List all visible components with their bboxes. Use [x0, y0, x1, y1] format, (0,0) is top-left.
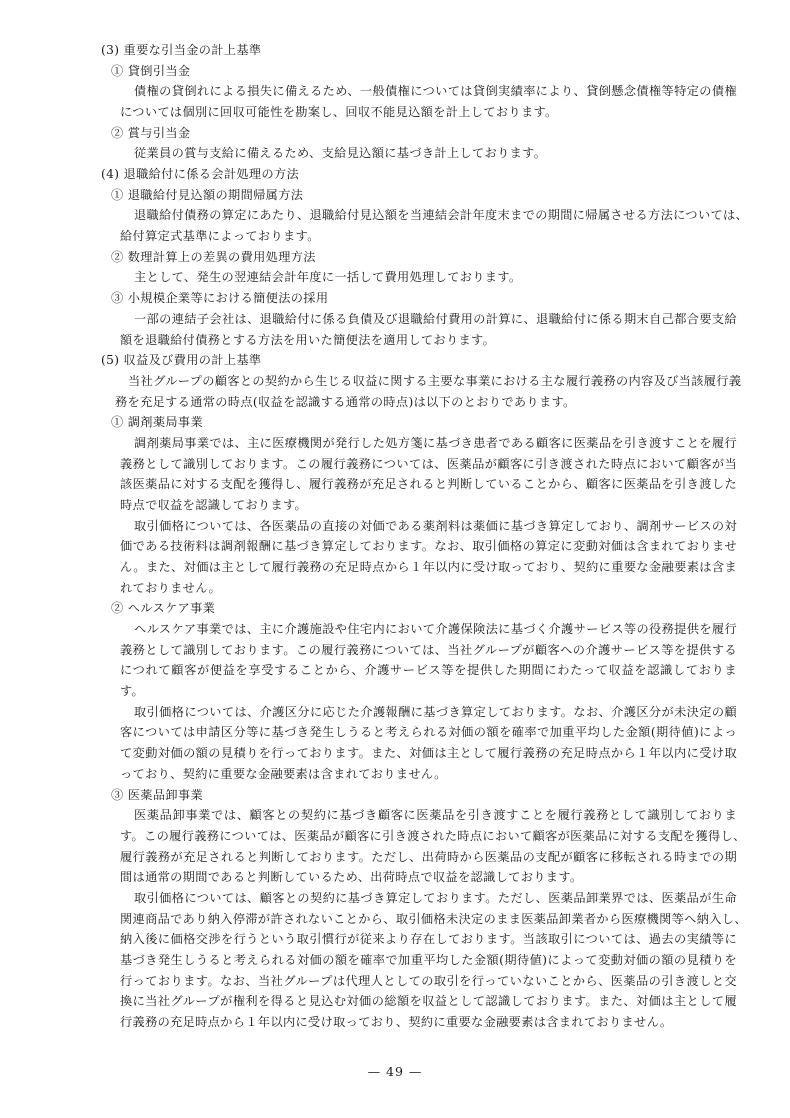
text-line: 関連商品であり納入停滞が許されないことから、取引価格未決定のまま医薬品卸業者から…	[120, 911, 737, 927]
text-line: 債権の貸倒れによる損失に備えるため、一般債権については貸倒実績率により、貸倒懸念…	[134, 83, 737, 99]
text-line: 一部の連結子会社は、退職給付に係る負債及び退職給付費用の計算に、退職給付に係る期…	[134, 311, 737, 327]
text-line: (4) 退職給付に係る会計処理の方法	[101, 166, 299, 182]
text-line: 義務として識別しております。この履行義務については、当社グループが顧客への介護サ…	[120, 642, 737, 658]
text-line: ② 賞与引当金	[111, 125, 190, 141]
text-line: 額を退職給付債務とする方法を用いた簡便法を適用しております。	[120, 332, 495, 348]
text-line: 価である技術料は調剤報酬に基づき算定しております。なお、取引価格の算定に変動対価…	[120, 538, 737, 554]
text-line: ② 数理計算上の差異の費用処理方法	[111, 249, 316, 265]
text-line: については個別に回収可能性を勘案し、回収不能見込額を計上しております。	[120, 104, 558, 120]
text-line: 取引価格については、介護区分に応じた介護報酬に基づき算定しております。なお、介護…	[134, 704, 737, 720]
text-line: 当社グループの顧客との契約から生じる収益に関する主要な事業における主な履行義務の…	[128, 373, 737, 389]
text-line: 従業員の賞与支給に備えるため、支給見込額に基づき計上しております。	[134, 145, 546, 161]
text-line: す。	[120, 683, 144, 699]
text-line: 履行義務が充足されると判断しております。ただし、出荷時から医薬品の支配が顧客に移…	[120, 849, 737, 865]
text-line: ん。また、対価は主として履行義務の充足時点から１年以内に受け取っており、契約に重…	[120, 559, 737, 575]
text-line: 納入後に価格交渉を行うという取引慣行が従来より存在しております。当該取引について…	[120, 931, 737, 947]
text-line: 行義務の充足時点から１年以内に受け取っており、契約に重要な金融要素は含まれており…	[120, 1014, 672, 1030]
text-line: 取引価格については、各医薬品の直接の対価である薬剤料は薬価に基づき算定しており、…	[134, 518, 737, 534]
text-line: につれて顧客が便益を享受することから、介護サービス等を提供した期間にわたって収益…	[120, 662, 737, 678]
text-line: 換に当社グループが権利を得ると見込む対価の総額を収益として認識しております。また…	[120, 993, 737, 1009]
text-line: ヘルスケア事業では、主に介護施設や住宅内において介護保険法に基づく介護サービス等…	[134, 621, 737, 637]
text-line: (3) 重要な引当金の計上基準	[101, 42, 261, 58]
text-line: 退職給付債務の算定にあたり、退職給付見込額を当連結会計年度末までの期間に帰属させ…	[134, 207, 737, 223]
text-line: 基づき発生しうると考えられる対価の額を確率で加重平均した金額(期待値)によって変…	[120, 952, 737, 968]
text-line: 該医薬品に対する支配を獲得し、履行義務が充足されると判断していることから、顧客に…	[120, 476, 737, 492]
text-line: 取引価格については、顧客との契約に基づき算定しております。ただし、医薬品卸業界で…	[134, 890, 737, 906]
text-line: 主として、発生の翌連結会計年度に一括して費用処理しております。	[134, 269, 521, 285]
text-line: 行っております。なお、当社グループは代理人としての取引を行っていないことから、医…	[120, 973, 737, 989]
text-line: ③ 小規模企業等における簡便法の採用	[111, 290, 328, 306]
text-line: ① 退職給付見込額の期間帰属方法	[111, 187, 303, 203]
text-line: ① 貸倒引当金	[111, 63, 190, 79]
text-line: 客については申請区分等に基づき発生しうると考えられる対価の額を確率で加重平均した…	[120, 724, 737, 740]
text-line: 務を充足する通常の時点(収益を認識する通常の時点)は以下のとおりであります。	[115, 394, 576, 410]
text-line: ② ヘルスケア事業	[111, 600, 215, 616]
text-line: 時点で収益を認識しております。	[120, 497, 307, 513]
document-page: (3) 重要な引当金の計上基準① 貸倒引当金債権の貸倒れによる損失に備えるため、…	[0, 0, 790, 1118]
text-line: 義務として識別しております。この履行義務については、医薬品が顧客に引き渡された時…	[120, 456, 737, 472]
text-line: 調剤薬局事業では、主に医療機関が発行した処方箋に基づき患者である顧客に医薬品を引…	[134, 435, 737, 451]
text-line: ① 調剤薬局事業	[111, 414, 203, 430]
text-line: っており、契約に重要な金融要素は含まれておりません。	[120, 766, 447, 782]
page-number: — 49 —	[0, 1064, 790, 1079]
text-line: れておりません。	[120, 580, 221, 596]
text-line: 間は通常の期間であると判断しているため、出荷時点で収益を認識しております。	[120, 869, 582, 885]
text-line: す。この履行義務については、医薬品が顧客に引き渡された時点において顧客が医薬品に…	[120, 828, 737, 844]
text-line: (5) 収益及び費用の計上基準	[101, 352, 261, 368]
text-line: ③ 医薬品卸事業	[111, 787, 203, 803]
text-line: 医薬品卸事業では、顧客との契約に基づき顧客に医薬品を引き渡すことを履行義務として…	[134, 807, 737, 823]
text-line: て変動対価の額の見積りを行っております。また、対価は主として履行義務の充足時点か…	[120, 745, 737, 761]
text-line: 給付算定式基準によっております。	[120, 228, 320, 244]
